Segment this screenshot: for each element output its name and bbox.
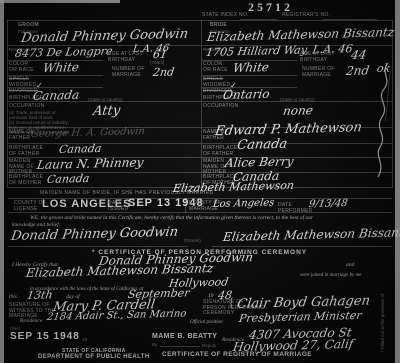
rule-line: [160, 346, 200, 347]
groom-age-unit: (Years): [150, 60, 164, 65]
ceremony-day-value: 13th: [26, 288, 54, 302]
bride-color-value: White: [232, 60, 270, 75]
groom-mother-birthplace-label: Birthplace of mother: [9, 175, 43, 186]
this-label: this: [9, 294, 17, 300]
maiden-name-of-bride-value: Elizabeth Mathewson: [172, 179, 295, 195]
certificate-of-registry-title: CERTIFICATE OF REGISTRY OF MARRIAGE: [162, 351, 312, 358]
groom-age-label: Age at last birthday: [108, 52, 143, 63]
rule-line: [8, 246, 188, 247]
bride-marriage-no-label: Number of marriage: [302, 67, 335, 78]
department-of-public-health-label: DEPARTMENT OF PUBLIC HEALTH: [38, 354, 150, 360]
groom-age-value: 61: [152, 48, 168, 61]
bride-section-label: BRIDE: [210, 23, 227, 29]
rule-line: [8, 143, 201, 144]
we-certify-line1: WE, the groom and bride named in this Ce…: [30, 215, 313, 221]
rule-line: [185, 198, 186, 212]
official-position-label: Official position: [190, 320, 223, 325]
groom-occupation-label: Occupation: [9, 104, 45, 110]
groom-section-label: GROOM: [18, 23, 39, 29]
bride-occupation-label: Occupation: [203, 104, 239, 110]
groom-father-birthplace-label: Birthplace of father: [9, 146, 43, 157]
groom-father-birthplace-value: Canada: [58, 142, 102, 156]
registrar-name: MAME B. BEATTY: [152, 333, 217, 340]
date-performed-value: 9/13/48: [308, 198, 348, 210]
groom-mother-value: Laura N. Phinney: [36, 155, 144, 172]
and-label: and: [346, 262, 354, 268]
witness-residence-value: 2184 Adair St., San Marino: [46, 308, 187, 323]
brace-glyph: {: [228, 296, 235, 312]
witness-residence-label: Residence: [20, 318, 42, 324]
groom-marriage-no-value: 2nd: [152, 65, 175, 79]
margin-signature: [360, 55, 396, 185]
groom-marriage-no-label: Number of marriage: [112, 67, 145, 78]
bride-signature: Elizabeth Mathewson Bissantz: [222, 225, 400, 244]
rule-line: [8, 172, 201, 173]
bride-father-birthplace-value: Canada: [236, 137, 288, 153]
state-index-label: State Index No.: [202, 13, 249, 19]
scan-edge-left: [0, 0, 4, 363]
groom-father-value: George H. A. Goodwin: [30, 126, 146, 140]
groom-residence-value: 8473 De Longpre: [14, 44, 114, 60]
groom-color-label: Color or race: [9, 62, 34, 73]
scan-edge-top: [0, 0, 120, 3]
county-of-marriage-value: Los Angeles: [212, 197, 275, 210]
bride-name-value: Elizabeth Mathewson Bissantz: [206, 25, 395, 44]
by-label: By: [152, 342, 157, 347]
deputy-label: Deputy: [202, 343, 216, 348]
bride-mother-value: Alice Berry: [224, 154, 295, 170]
bride-age-label: Age at last birthday: [300, 52, 335, 63]
bride-occupation-value: none: [282, 103, 314, 118]
performer-position-value: Presbyterian Minister: [238, 309, 363, 325]
registrar-no-label: Registrar's No.: [282, 13, 330, 19]
rule-line: [8, 101, 201, 102]
groom-mother-birthplace-value: Canada: [46, 172, 90, 186]
rule-line: [212, 246, 392, 247]
rule-line: [8, 212, 392, 213]
marriage-certificate-scan: 25712 State Index No. Registrar's No. GR…: [0, 0, 400, 363]
groom-color-value: White: [42, 60, 80, 75]
groom-signature: Donald Phinney Goodwin: [10, 225, 179, 244]
joined-in-marriage-label: were joined in marriage by me: [300, 273, 361, 278]
bride-birthplace-value: Ontario: [222, 87, 271, 102]
bride-father-value: Edward P. Mathewson: [214, 120, 363, 139]
bride-color-label: Color or race: [203, 62, 228, 73]
date-issued-label: Date issued: [108, 201, 128, 212]
margin-note: * Filled out in the presence of: [380, 262, 385, 352]
groom-occupation-value: Atty: [92, 103, 121, 119]
rule-line: [7, 20, 392, 21]
filed-year-small: 19: [82, 337, 87, 342]
groom-signature-label: (Groom): [184, 238, 201, 243]
filed-date-stamp: SEP 15 1948: [10, 331, 80, 342]
